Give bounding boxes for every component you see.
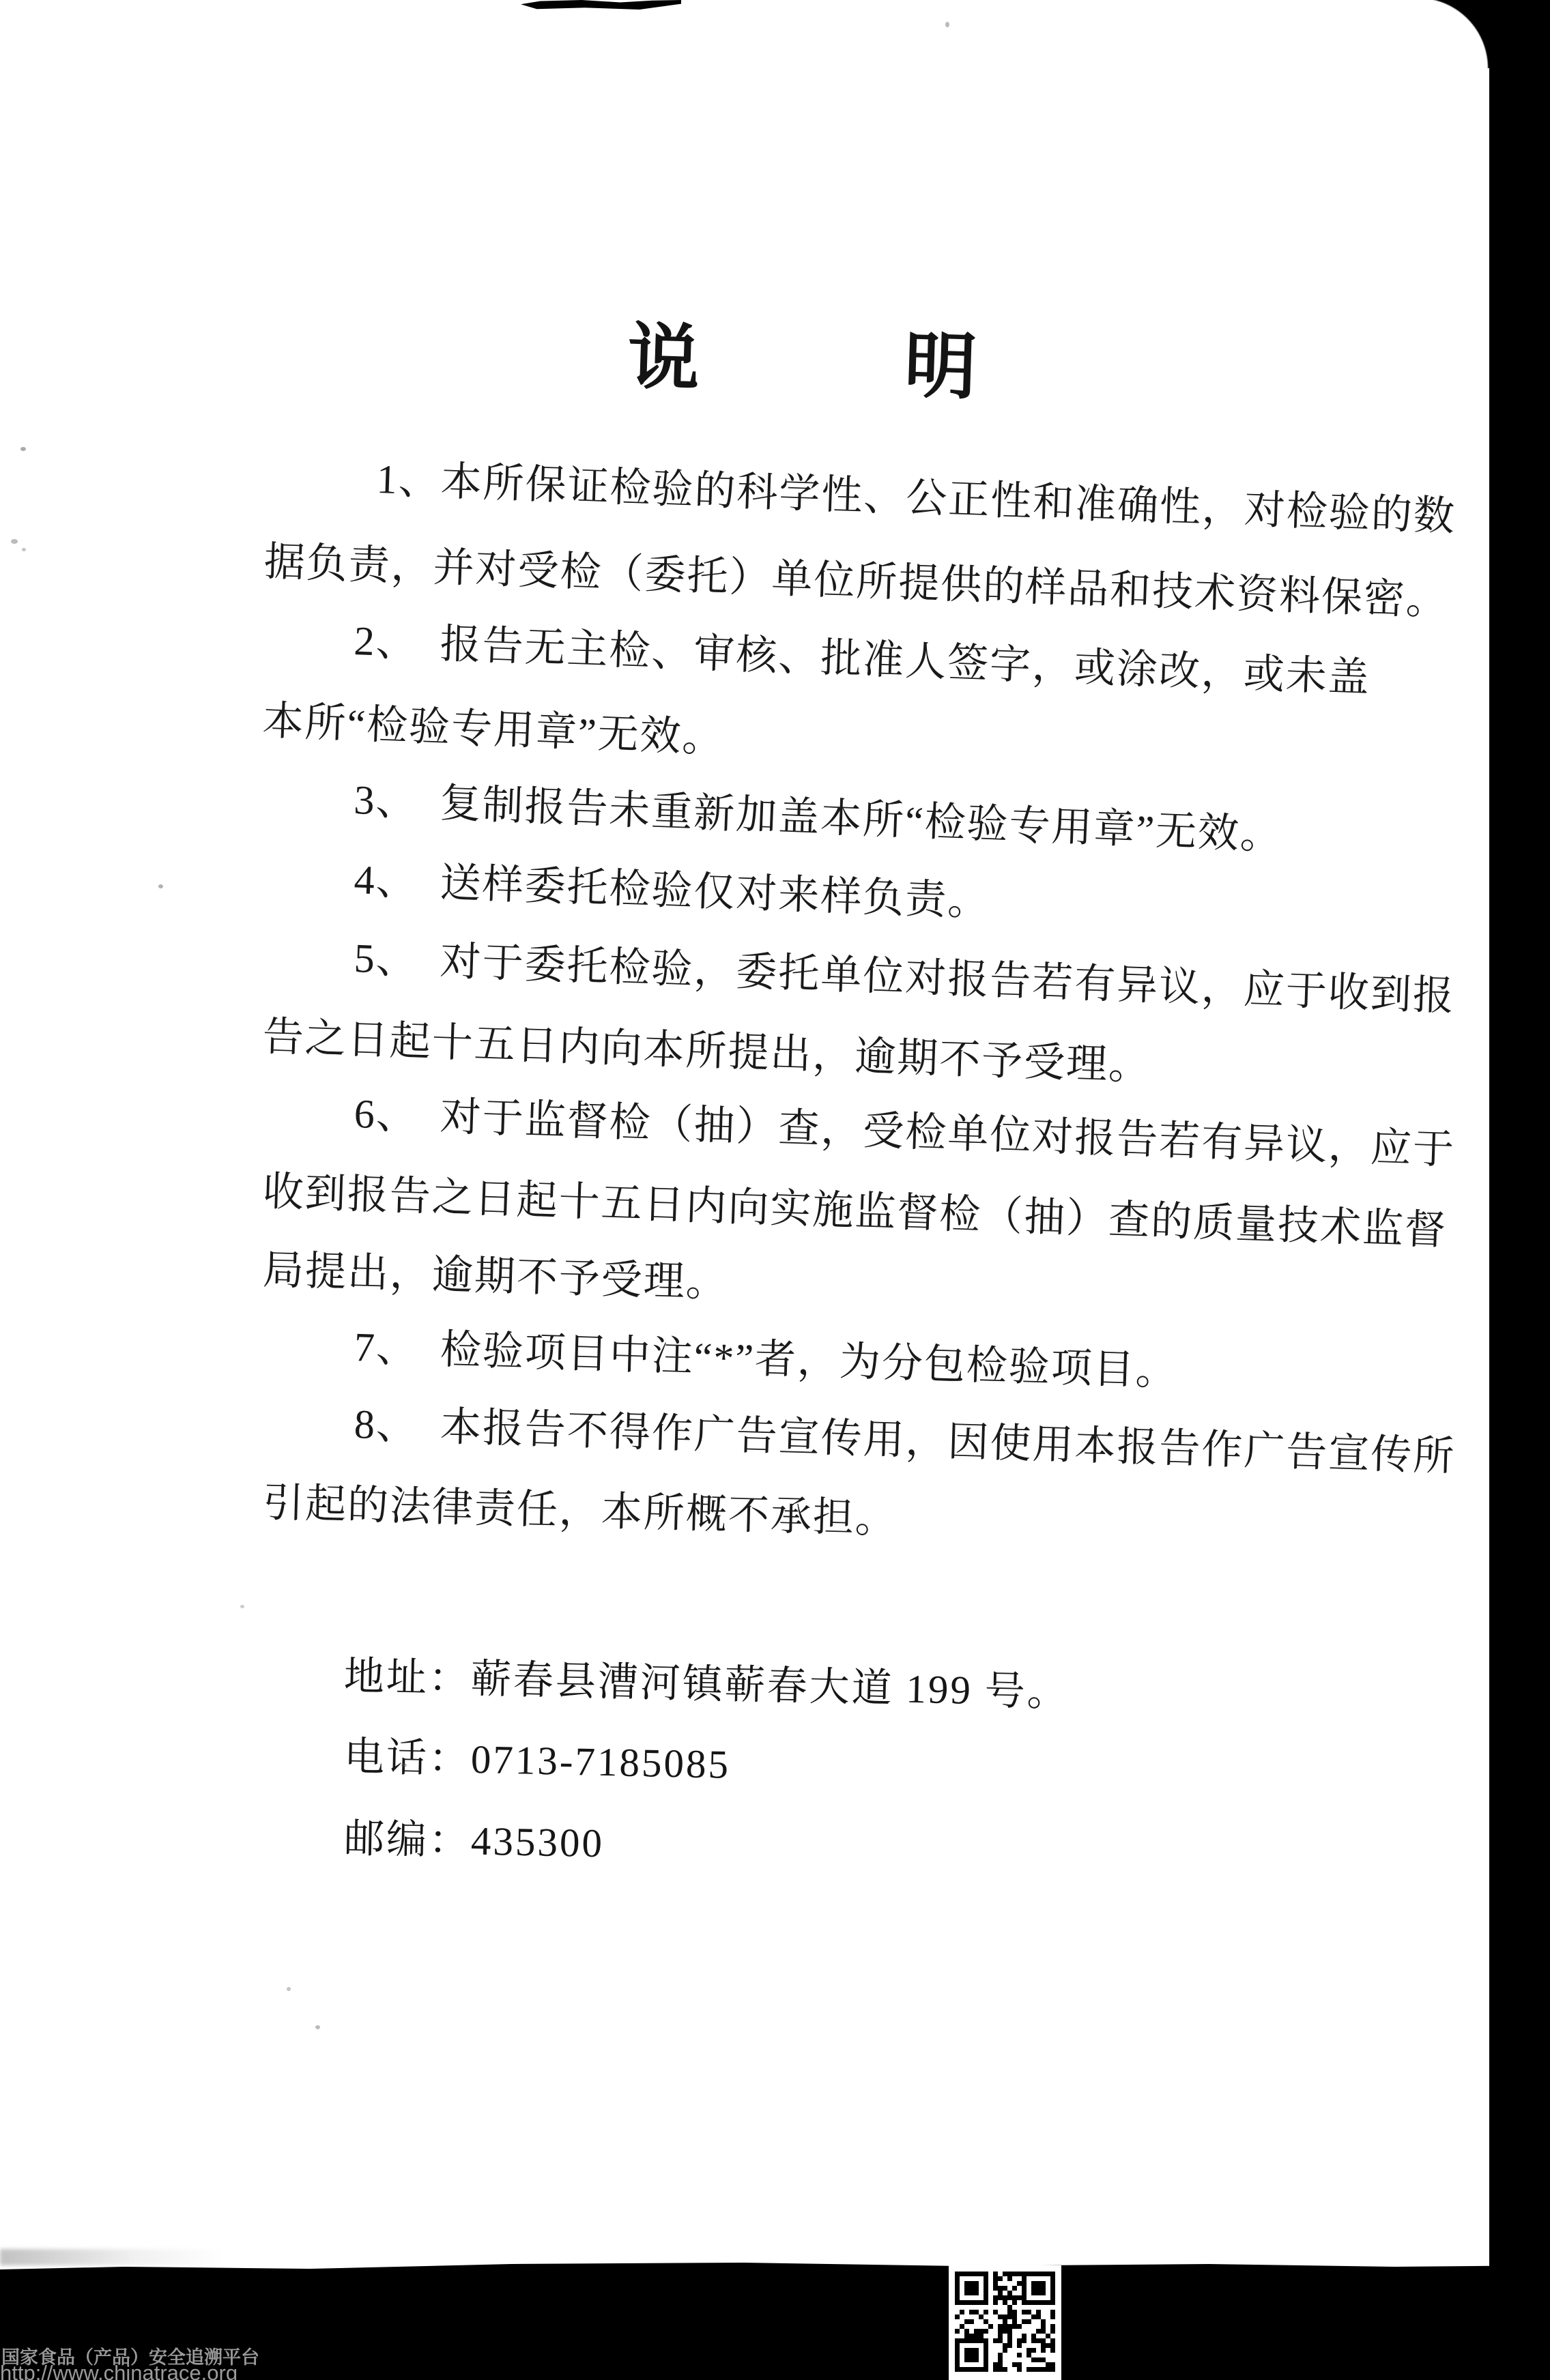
scan-speck (287, 1987, 291, 1991)
note-line-12: 7、 检验项目中注“*”者，为分包检验项目。 (354, 1324, 1179, 1395)
scan-speck (11, 539, 18, 544)
note-line-13: 8、 本报告不得作广告宣传用，因使用本报告作广告宣传所 (354, 1401, 1456, 1481)
qr-code (949, 2265, 1061, 2380)
document-page: 说明 1、本所保证检验的科学性、公正性和准确性，对检验的数 据负责，并对受检（委… (0, 0, 1550, 2380)
note-line-1: 1、本所保证检验的科学性、公正性和准确性，对检验的数 (376, 456, 1456, 540)
note-line-9: 6、 对于监督检（抽）查，受检单位对报告若有异议，应于 (354, 1090, 1456, 1174)
note-line-14: 引起的法律责任，本所概不承担。 (262, 1479, 898, 1543)
contact-address: 地址：蕲春县漕河镇蕲春大道 199 号。 (343, 1643, 1070, 1717)
note-line-7: 5、 对于委托检验，委托单位对报告若有异议，应于收到报 (354, 935, 1456, 1020)
scan-speck (20, 447, 26, 451)
contact-postcode: 邮编：435300 (343, 1805, 605, 1868)
scan-speck (22, 548, 26, 551)
scan-corner-top-right (1418, 0, 1489, 68)
website-url: http://www.chinatrace.org (0, 2361, 238, 2380)
note-line-10: 收到报告之日起十五日内向实施监督检（抽）查的质量技术监督 (262, 1168, 1448, 1255)
note-line-5: 3、 复制报告未重新加盖本所“检验专用章”无效。 (353, 777, 1283, 859)
note-line-3: 2、 报告无主检、审核、批准人签字，或涂改，或未盖 (353, 618, 1371, 702)
note-line-11: 局提出，逾期不予受理。 (262, 1247, 729, 1307)
scan-speck (315, 2025, 320, 2029)
scan-speck (158, 884, 163, 888)
note-line-8: 告之日起十五日内向本所提出，逾期不予受理。 (262, 1013, 1152, 1090)
contact-phone: 电话：0713-7185085 (343, 1724, 731, 1790)
scan-speck (240, 1605, 244, 1608)
scan-speck (401, 1763, 407, 1767)
scan-speck (945, 22, 949, 27)
page-title: 说明 (626, 299, 1183, 420)
note-line-6: 4、 送样委托检验仅对来样负责。 (354, 856, 991, 925)
note-line-2: 据负责，并对受检（委托）单位所提供的样品和技术资料保密。 (263, 538, 1449, 625)
scan-streak-top (521, 0, 681, 10)
scan-edge-right (1489, 0, 1550, 2380)
scan-smudge (0, 2249, 225, 2265)
note-line-4: 本所“检验专用章”无效。 (261, 697, 725, 762)
